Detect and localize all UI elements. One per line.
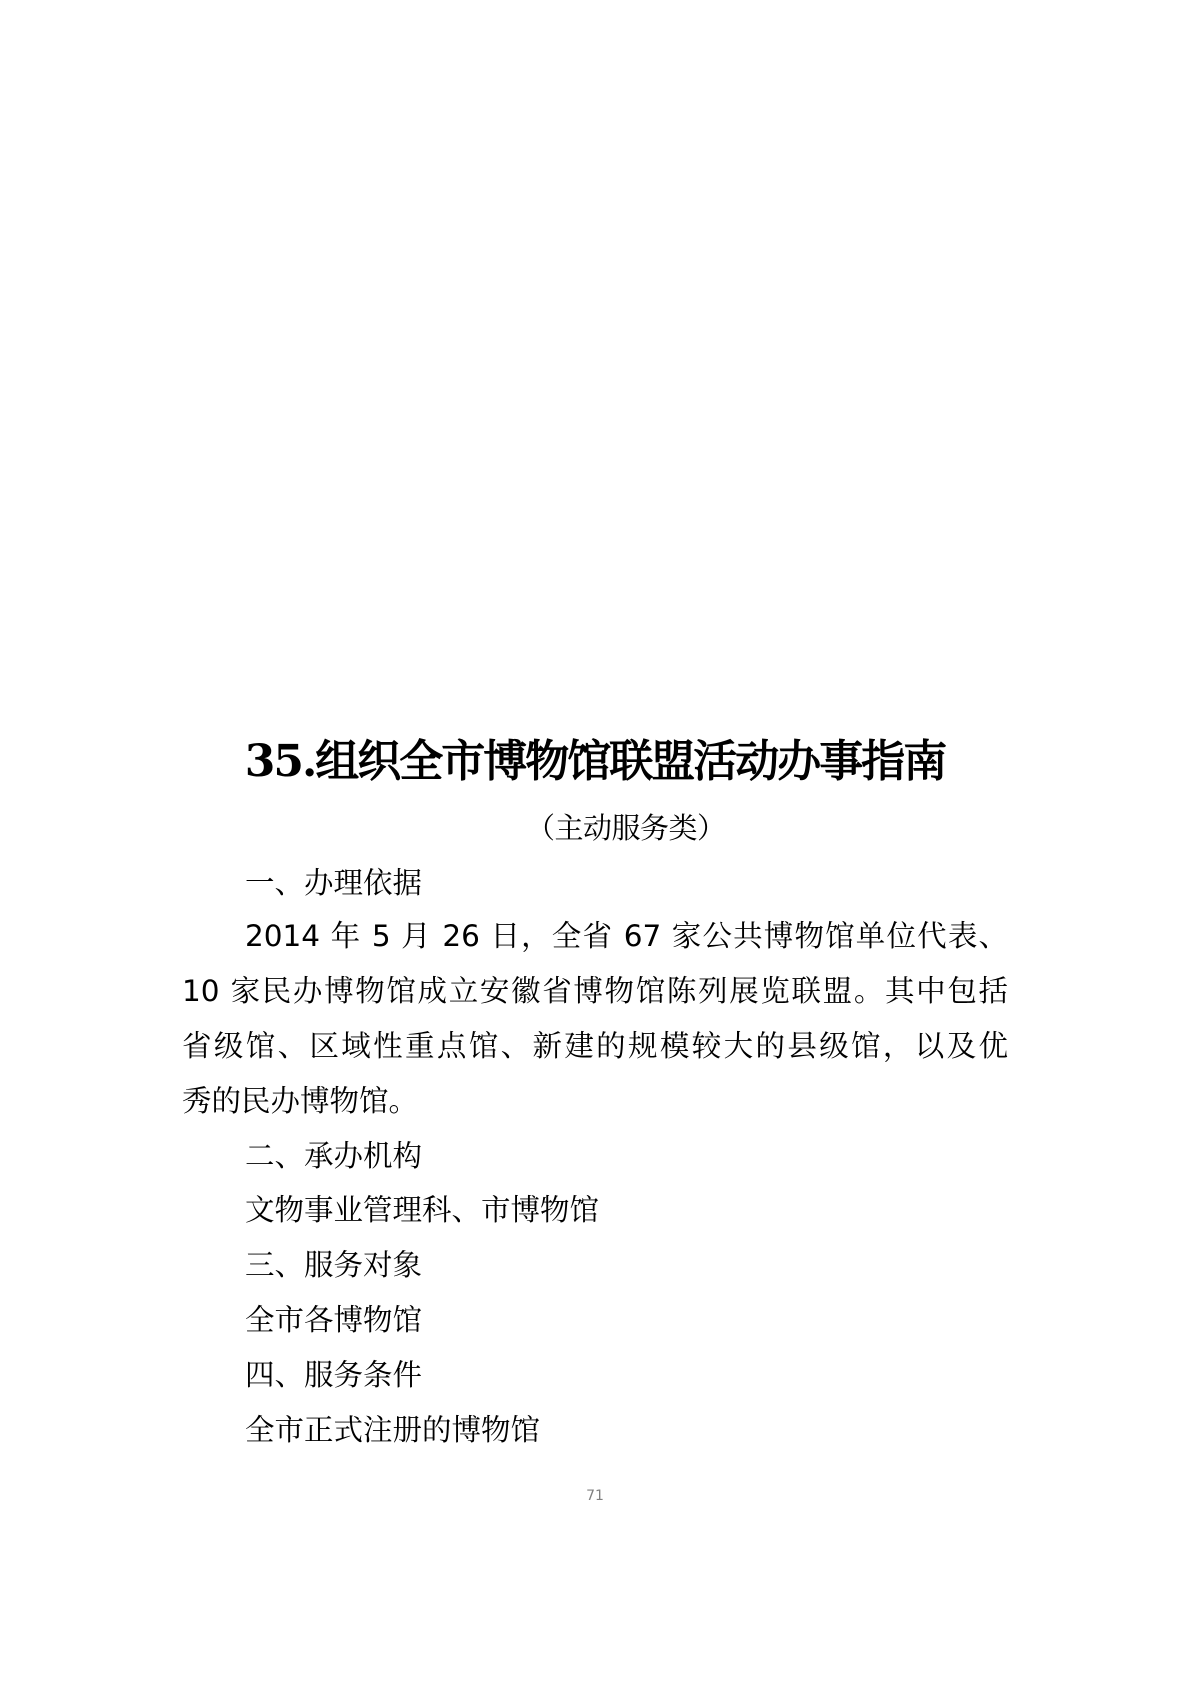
document-page: 35.组织全市博物馆联盟活动办事指南 （主动服务类） 一、办理依据 2014 年… xyxy=(0,0,1190,1683)
section-content-organizer: 文物事业管理科、市博物馆 xyxy=(245,1190,599,1230)
section-heading-conditions: 四、服务条件 xyxy=(245,1355,422,1395)
paragraph-line: 2014 年 5 月 26 日，全省 67 家公共博物馆单位代表、 xyxy=(245,916,1008,956)
page-title: 35.组织全市博物馆联盟活动办事指南 xyxy=(182,736,1008,788)
section-content-conditions: 全市正式注册的博物馆 xyxy=(245,1410,540,1450)
page-subtitle: （主动服务类） xyxy=(526,808,726,848)
paragraph-line: 10 家民办博物馆成立安徽省博物馆陈列展览联盟。其中包括 xyxy=(182,971,1008,1011)
page-number: 71 xyxy=(575,1486,615,1506)
paragraph-line: 秀的民办博物馆。 xyxy=(182,1081,418,1121)
section-heading-audience: 三、服务对象 xyxy=(245,1245,422,1285)
paragraph-line: 省级馆、区域性重点馆、新建的规模较大的县级馆，以及优 xyxy=(182,1026,1008,1066)
section-content-audience: 全市各博物馆 xyxy=(245,1300,422,1340)
section-heading-organizer: 二、承办机构 xyxy=(245,1136,422,1176)
section-heading-basis: 一、办理依据 xyxy=(245,863,422,903)
